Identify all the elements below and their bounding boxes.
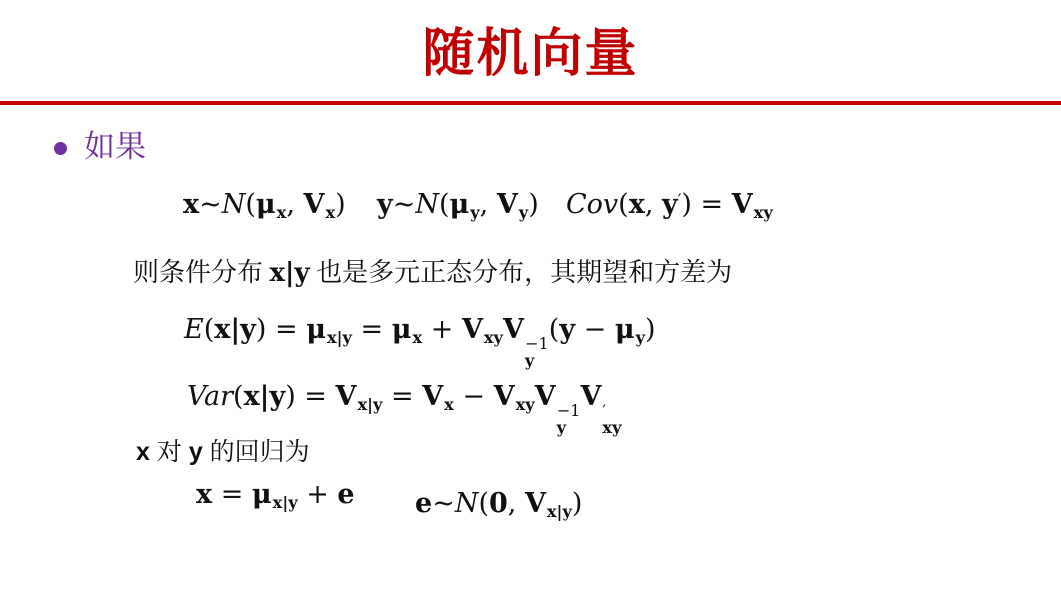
math-token: Cov xyxy=(566,189,618,220)
formula-conditional-variance: Var(x|y) = Vx|y = Vx − VxyV−1yV′xy xyxy=(187,381,621,436)
math-token: xy xyxy=(516,395,535,414)
math-token: μ xyxy=(450,189,470,220)
math-token: μ xyxy=(256,189,276,220)
math-token: x|y xyxy=(273,493,298,512)
math-token: , xyxy=(508,488,525,519)
math-token: y xyxy=(377,189,393,220)
math-token: V xyxy=(535,381,556,412)
math-token: ) = xyxy=(681,189,731,220)
math-token: x|y xyxy=(244,381,286,412)
math-token: e xyxy=(415,488,432,519)
math-token: ( xyxy=(245,189,256,220)
formula-conditional-expectation: E(x|y) = μx|y = μx + VxyV−1y(y − μy) xyxy=(184,314,656,369)
math-token: N xyxy=(222,189,246,220)
math-token: − xyxy=(575,314,615,345)
math-token: V xyxy=(580,381,601,412)
math-token: x xyxy=(183,189,199,220)
math-token: x xyxy=(629,189,645,220)
math-token: V xyxy=(503,314,524,345)
formula-dist-x: x~N(μx, Vx) xyxy=(183,189,346,222)
math-token: 的回归为 xyxy=(203,438,310,466)
math-token: = xyxy=(382,381,422,412)
math-token: y xyxy=(662,189,678,220)
math-token: x xyxy=(325,203,335,222)
math-token: ( xyxy=(478,488,489,519)
math-token: x|y xyxy=(214,314,256,345)
formula-covariance: Cov(x, y′) = Vxy xyxy=(566,189,773,222)
condition-statement: 则条件分布 x|y 也是多元正态分布，其期望和方差为 xyxy=(133,258,732,289)
math-token: ) xyxy=(528,189,539,220)
math-token: ~ xyxy=(432,488,455,519)
math-token: 0 xyxy=(489,488,508,519)
math-token: V xyxy=(497,189,518,220)
math-token: , xyxy=(286,189,303,220)
math-token: y xyxy=(470,203,479,222)
math-token: e xyxy=(337,479,354,510)
math-token: V xyxy=(494,381,515,412)
math-token: ) = xyxy=(256,314,306,345)
math-token: + xyxy=(298,479,338,510)
math-token: 对 xyxy=(150,438,189,466)
math-token: V xyxy=(462,314,483,345)
math-token: V xyxy=(732,189,753,220)
math-token: y xyxy=(189,438,203,466)
math-token: ~ xyxy=(199,189,222,220)
math-token: ) xyxy=(335,189,346,220)
bullet-label: 如果 xyxy=(84,128,146,165)
math-token: ) xyxy=(645,314,656,345)
math-token: V xyxy=(422,381,443,412)
math-token: V xyxy=(525,488,546,519)
math-token: xy xyxy=(484,328,503,347)
math-token: x xyxy=(196,479,212,510)
bullet-item: 如果 xyxy=(54,128,146,165)
math-token: , xyxy=(645,189,662,220)
math-token: − xyxy=(454,381,494,412)
math-token: N xyxy=(455,488,479,519)
math-token: μ xyxy=(306,314,326,345)
math-token: x|y xyxy=(327,328,352,347)
math-token: ~ xyxy=(393,189,416,220)
math-token: μ xyxy=(392,314,412,345)
formula-error-distribution: e~N(0, Vx|y) xyxy=(415,488,582,521)
math-token: ( xyxy=(439,189,450,220)
math-token: , xyxy=(480,189,497,220)
math-token: μ xyxy=(615,314,635,345)
title-underline xyxy=(0,101,1061,105)
math-token: x|y xyxy=(270,258,310,288)
math-token: x xyxy=(277,203,287,222)
math-token: 也是多元正态分布，其期望和方差为 xyxy=(310,258,733,287)
math-token: x xyxy=(412,328,422,347)
math-token: V xyxy=(336,381,357,412)
math-token: xy xyxy=(754,203,773,222)
page-title: 随机向量 xyxy=(0,22,1061,87)
math-token: ( xyxy=(204,314,215,345)
math-token: x|y xyxy=(357,395,382,414)
math-token: y xyxy=(636,328,645,347)
math-token: ) = xyxy=(285,381,335,412)
math-token: V xyxy=(304,189,325,220)
math-token: μ xyxy=(252,479,272,510)
math-token: + xyxy=(422,314,462,345)
bullet-dot-icon xyxy=(54,142,67,155)
math-token: = xyxy=(352,314,392,345)
formula-regression-model: x = μx|y + e xyxy=(196,479,355,512)
math-supsub: ′xy xyxy=(602,403,621,435)
math-token: x xyxy=(444,395,454,414)
math-subscript: y xyxy=(525,353,534,369)
math-token: 则条件分布 xyxy=(133,258,270,287)
regression-statement: x 对 y 的回归为 xyxy=(136,437,310,468)
math-token: = xyxy=(212,479,252,510)
math-supsub: −1y xyxy=(557,403,581,435)
math-token: x xyxy=(136,438,150,466)
math-token: ( xyxy=(618,189,629,220)
math-token: N xyxy=(415,189,439,220)
math-token: x|y xyxy=(547,502,572,521)
math-token: Var xyxy=(187,381,233,412)
math-subscript: xy xyxy=(602,420,621,436)
math-subscript: y xyxy=(557,420,566,436)
formula-dist-y: y~N(μy, Vy) xyxy=(377,189,539,222)
math-token: E xyxy=(184,314,204,345)
math-token: y xyxy=(519,203,528,222)
math-token: ( xyxy=(233,381,244,412)
math-token: y xyxy=(559,314,575,345)
math-supsub: −1y xyxy=(525,336,549,368)
math-token: ) xyxy=(572,488,583,519)
slide-canvas: 随机向量 如果 x~N(μx, Vx) y~N(μy, Vy) Cov(x, y… xyxy=(0,0,1061,596)
math-token: ( xyxy=(549,314,560,345)
